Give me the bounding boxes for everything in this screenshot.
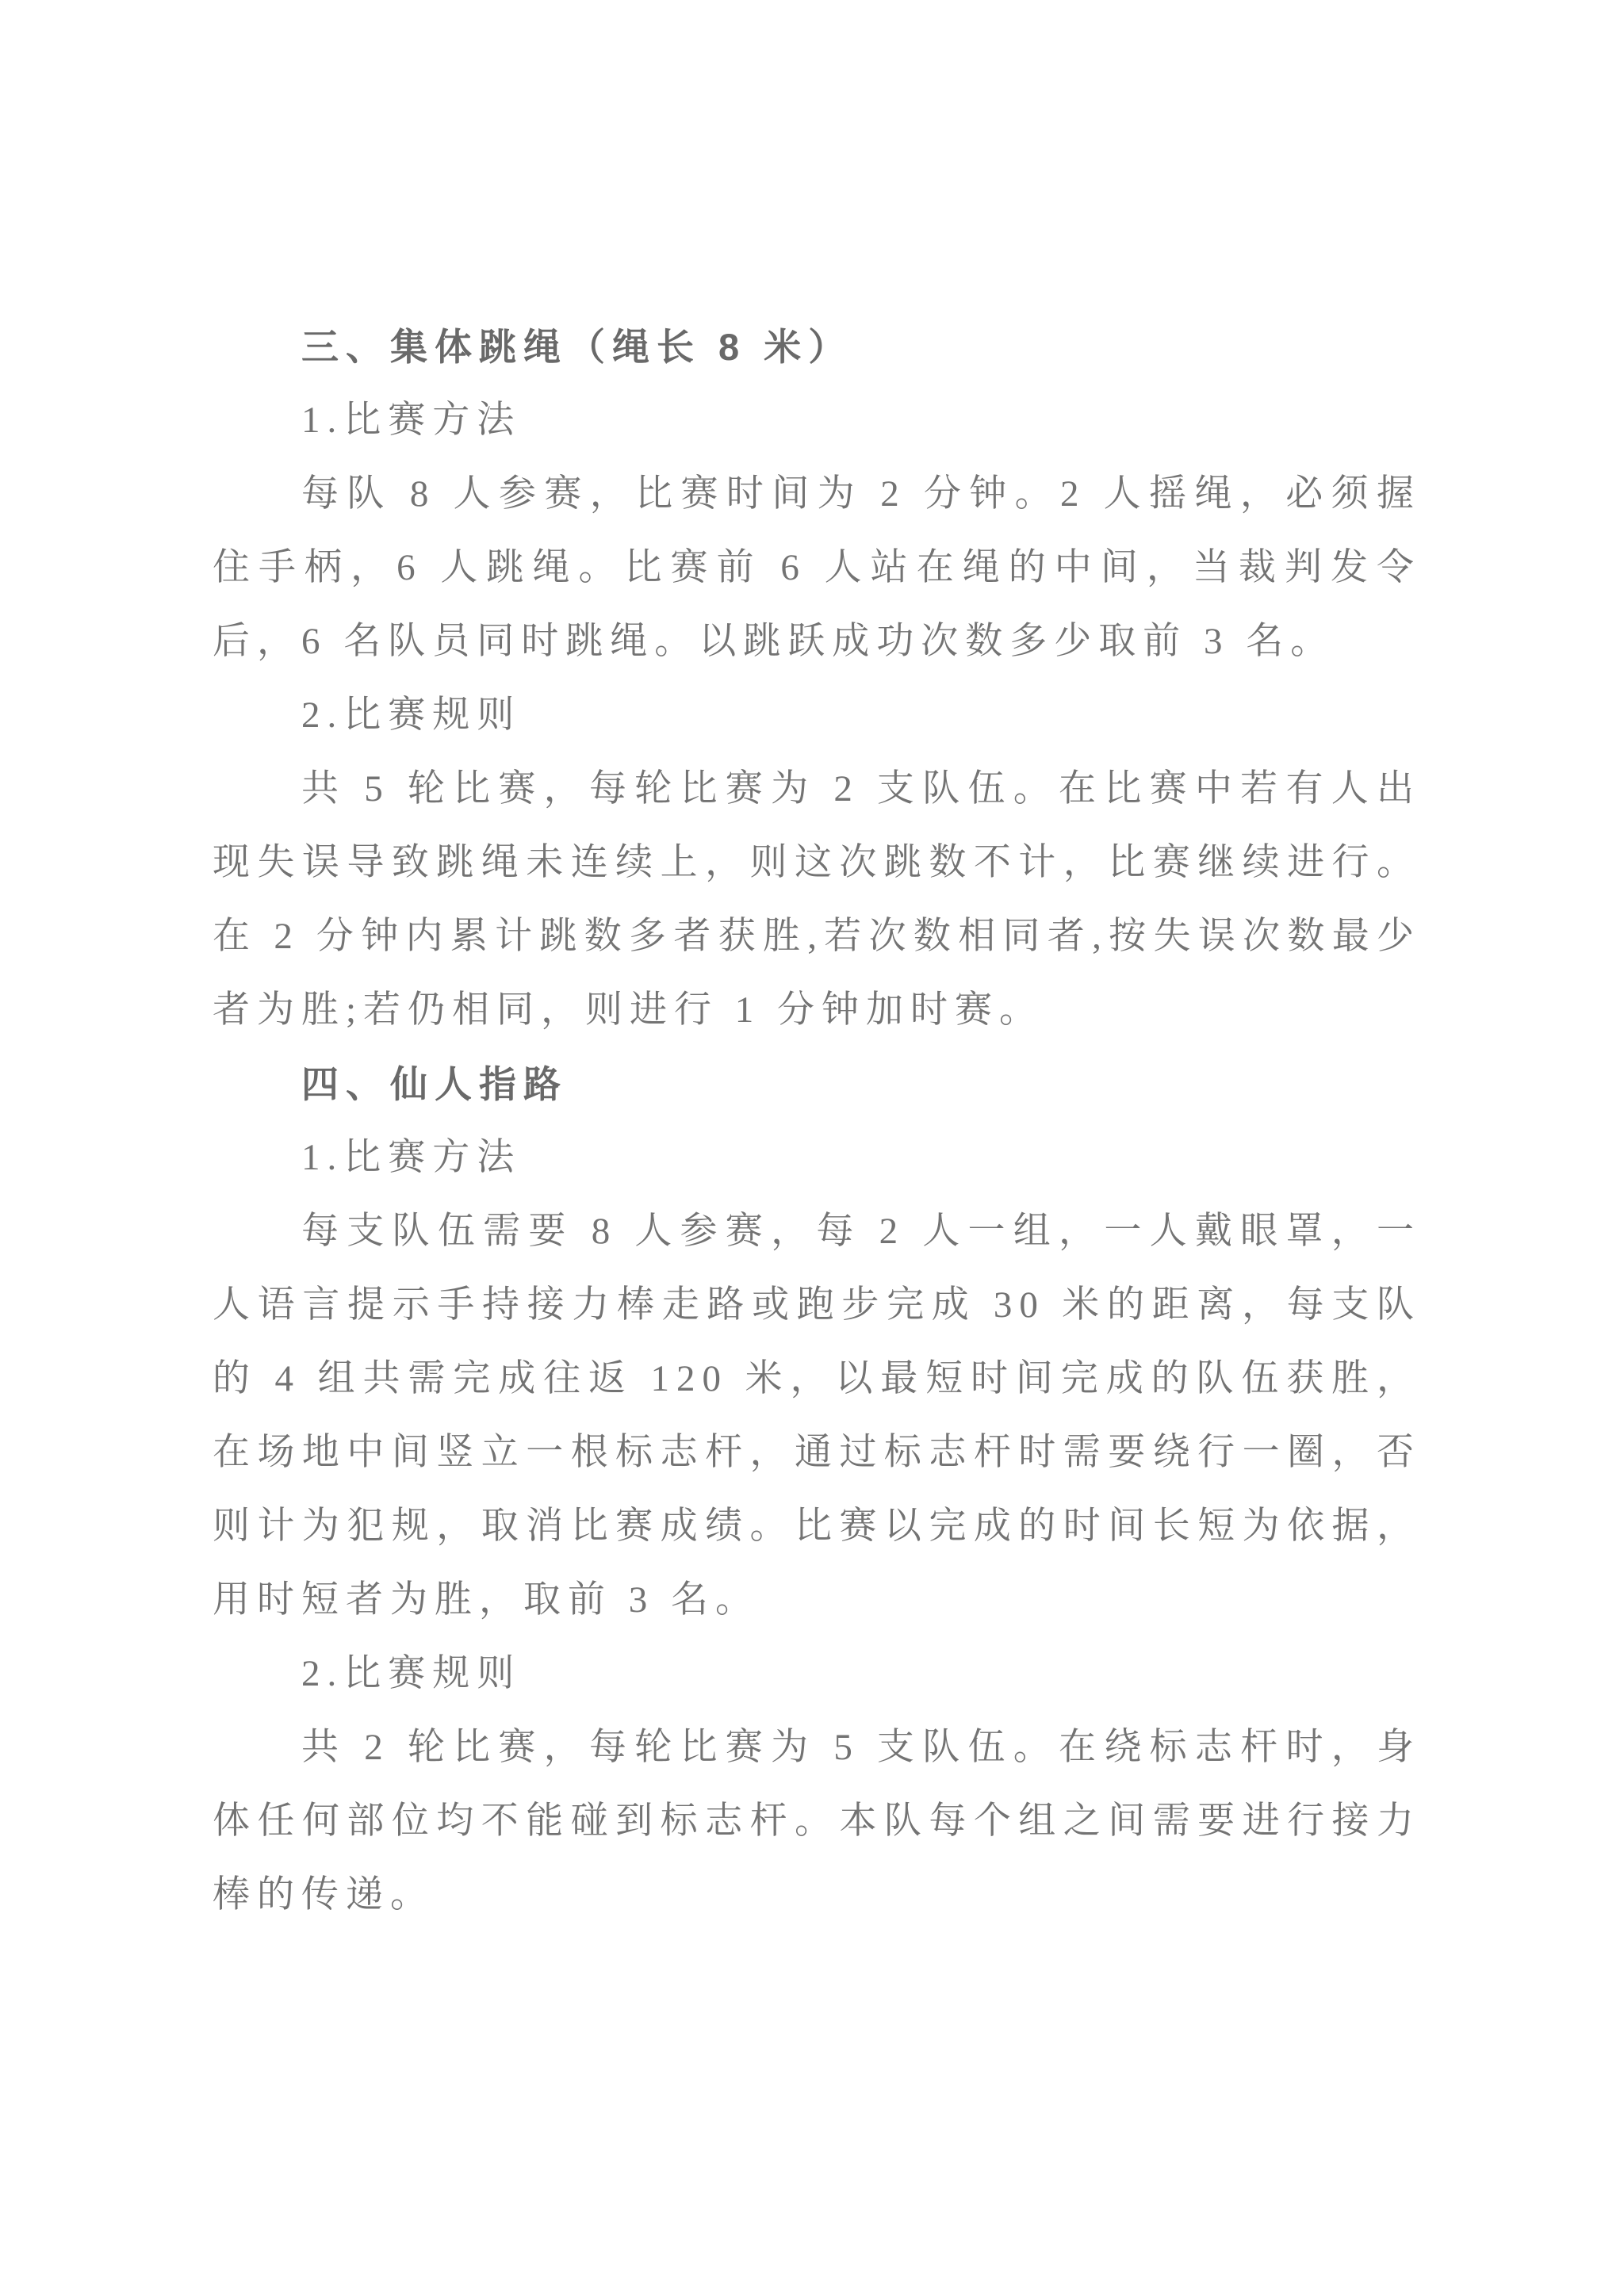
paragraph-rules-2: 共 2 轮比赛，每轮比赛为 5 支队伍。在绕标志杆时，身体任何部位均不能碰到标志… xyxy=(213,1711,1421,1932)
paragraph-method-1: 每队 8 人参赛，比赛时间为 2 分钟。2 人摇绳，必须握住手柄，6 人跳绳。比… xyxy=(213,457,1421,679)
subheading-method-1: 1.比赛方法 xyxy=(213,384,1421,457)
document-page: 三、集体跳绳（绳长 8 米） 1.比赛方法 每队 8 人参赛，比赛时间为 2 分… xyxy=(0,0,1624,2296)
section-heading-jump-rope: 三、集体跳绳（绳长 8 米） xyxy=(213,310,1421,384)
subheading-rules-2: 2.比赛规则 xyxy=(213,1637,1421,1711)
page-content: 三、集体跳绳（绳长 8 米） 1.比赛方法 每队 8 人参赛，比赛时间为 2 分… xyxy=(213,310,1421,1932)
paragraph-method-2: 每支队伍需要 8 人参赛，每 2 人一组，一人戴眼罩，一人语言提示手持接力棒走路… xyxy=(213,1195,1421,1637)
subheading-rules-1: 2.比赛规则 xyxy=(213,679,1421,752)
paragraph-rules-1: 共 5 轮比赛，每轮比赛为 2 支队伍。在比赛中若有人出现失误导致跳绳未连续上，… xyxy=(213,752,1421,1047)
section-heading-immortal-guide: 四、仙人指路 xyxy=(213,1047,1421,1121)
subheading-method-2: 1.比赛方法 xyxy=(213,1121,1421,1195)
